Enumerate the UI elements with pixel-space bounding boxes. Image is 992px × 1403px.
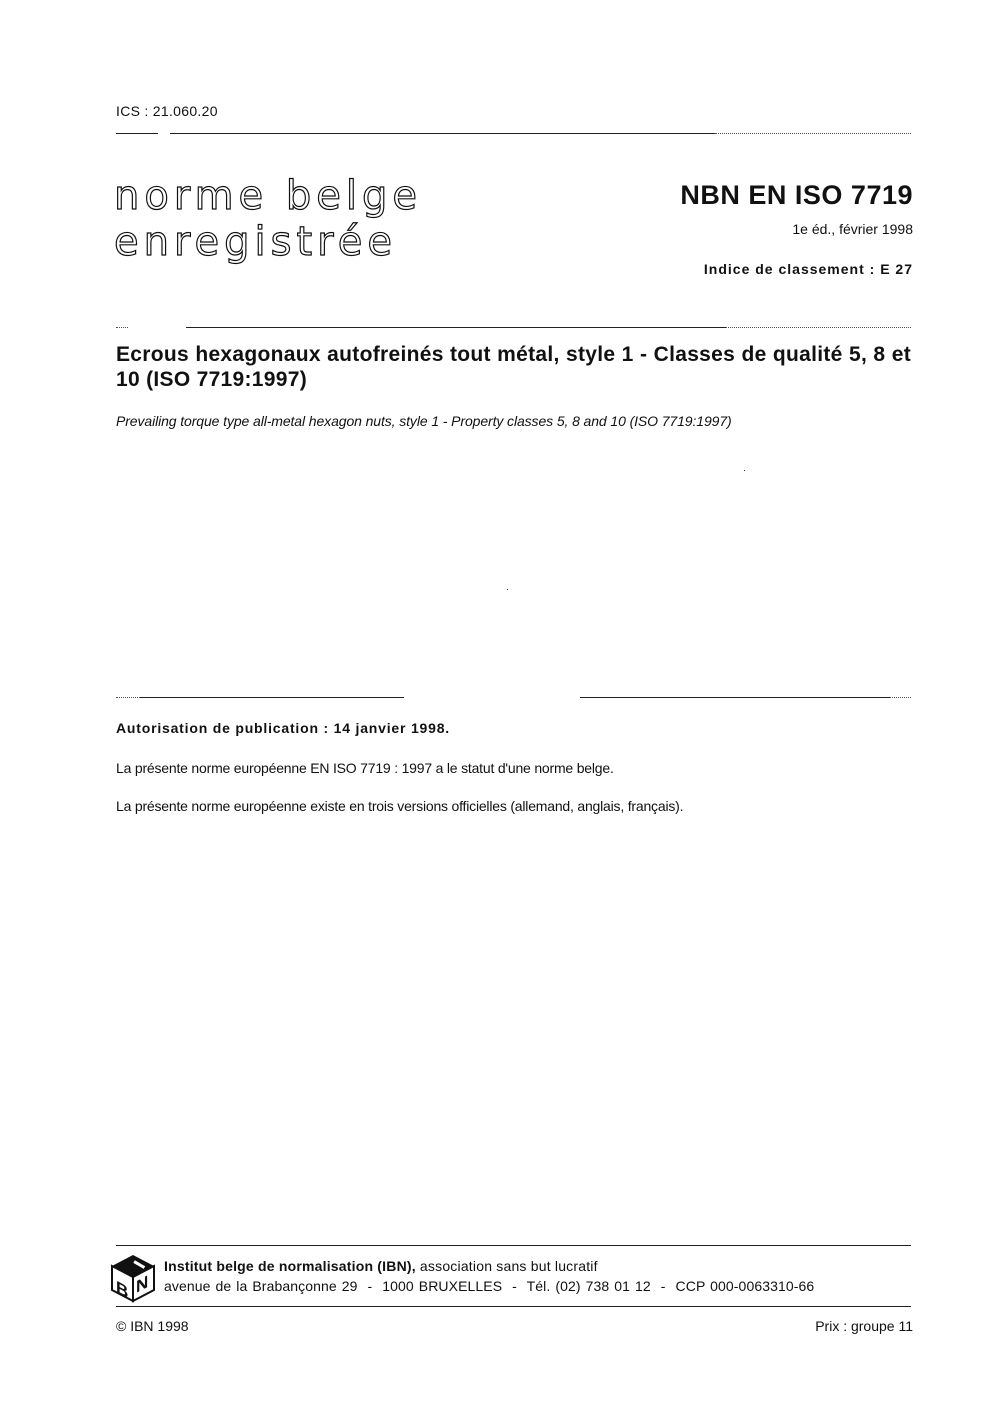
publication-rule-right-dots	[890, 697, 911, 698]
status-statement: La présente norme européenne EN ISO 7719…	[116, 760, 614, 776]
institute-name: Institut belge de normalisation (IBN),	[164, 1258, 416, 1274]
scan-speck	[744, 470, 745, 471]
header-rule-short	[116, 133, 158, 134]
ics-code: ICS : 21.060.20	[116, 103, 218, 119]
title-rule-right	[726, 327, 911, 328]
document-title-english: Prevailing torque type all-metal hexagon…	[116, 413, 732, 429]
versions-statement: La présente norme européenne existe en t…	[116, 798, 683, 814]
header-rule-dotted	[715, 133, 911, 134]
classification-index: Indice de classement : E 27	[704, 261, 913, 277]
publication-authorization: Autorisation de publication : 14 janvier…	[116, 720, 450, 736]
footer-rule-top	[116, 1245, 911, 1246]
ibn-logo-icon: B N	[110, 1253, 156, 1303]
series-title-line1: norme belge	[114, 176, 422, 216]
title-rule	[186, 327, 726, 328]
publication-rule-right	[580, 697, 890, 698]
institute-line: Institut belge de normalisation (IBN), a…	[164, 1258, 598, 1274]
price-group: Prix : groupe 11	[815, 1318, 913, 1334]
title-rule-left	[116, 327, 128, 328]
edition-date: 1e éd., février 1998	[792, 221, 913, 237]
header-rule	[170, 133, 715, 134]
standard-number: NBN EN ISO 7719	[680, 180, 913, 211]
document-title-french: Ecrous hexagonaux autofreinés tout métal…	[116, 342, 911, 392]
publication-rule-left-dots	[116, 697, 140, 698]
scan-speck	[507, 589, 508, 590]
footer-rule-bottom	[116, 1306, 911, 1307]
institute-address: avenue de la Brabançonne 29 - 1000 BRUXE…	[164, 1278, 814, 1294]
publication-rule-left	[140, 697, 404, 698]
copyright: © IBN 1998	[116, 1318, 189, 1334]
series-title-line2: enregistrée	[114, 222, 397, 262]
institute-description: association sans but lucratif	[416, 1258, 598, 1274]
